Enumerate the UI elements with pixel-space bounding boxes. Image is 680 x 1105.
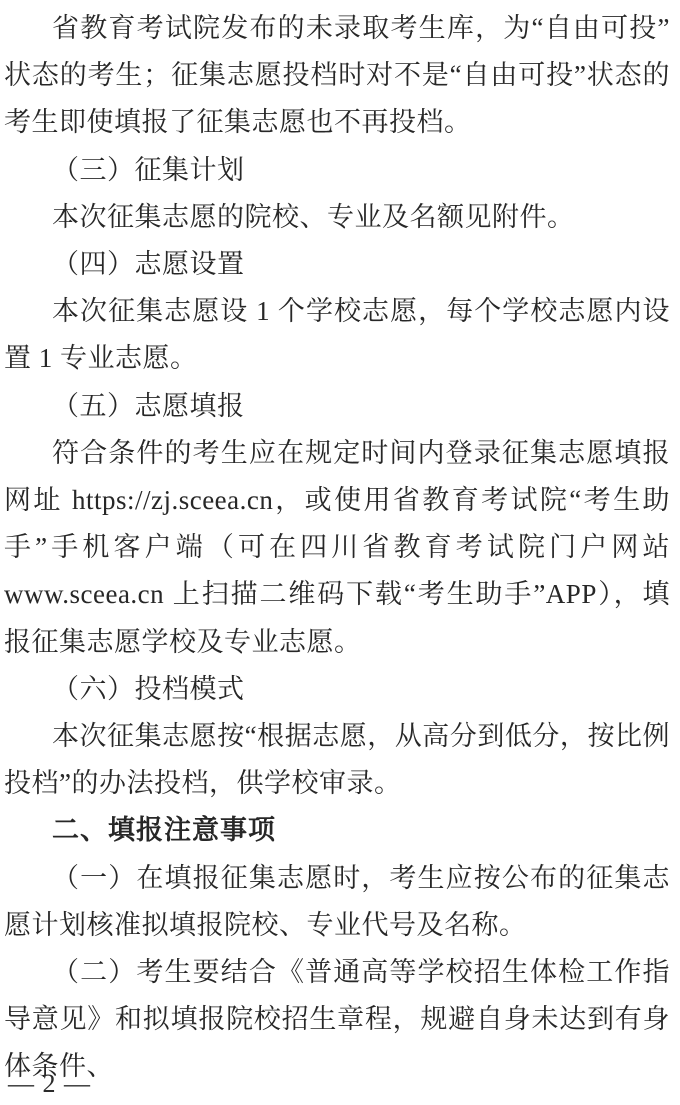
section-heading: 二、填报注意事项 — [4, 807, 670, 854]
paragraph: 本次征集志愿按“根据志愿，从高分到低分，按比例投档”的办法投档，供学校审录。 — [4, 713, 670, 807]
document-body: 省教育考试院发布的未录取考生库，为“自由可投”状态的考生；征集志愿投档时对不是“… — [4, 5, 670, 1091]
document-page: 省教育考试院发布的未录取考生库，为“自由可投”状态的考生；征集志愿投档时对不是“… — [0, 0, 680, 1105]
paragraph: 符合条件的考生应在规定时间内登录征集志愿填报网址 https://zj.scee… — [4, 430, 670, 666]
subsection-heading: （五）志愿填报 — [4, 383, 670, 430]
paragraph: （二）考生要结合《普通高等学校招生体检工作指导意见》和拟填报院校招生章程，规避自… — [4, 949, 670, 1091]
subsection-heading: （六）投档模式 — [4, 666, 670, 713]
page-number: — 2 — — [8, 1069, 91, 1099]
subsection-heading: （四）志愿设置 — [4, 241, 670, 288]
paragraph: 省教育考试院发布的未录取考生库，为“自由可投”状态的考生；征集志愿投档时对不是“… — [4, 5, 670, 147]
paragraph: （一）在填报征集志愿时，考生应按公布的征集志愿计划核准拟填报院校、专业代号及名称… — [4, 855, 670, 949]
paragraph: 本次征集志愿的院校、专业及名额见附件。 — [4, 194, 670, 241]
subsection-heading: （三）征集计划 — [4, 147, 670, 194]
paragraph: 本次征集志愿设 1 个学校志愿，每个学校志愿内设置 1 专业志愿。 — [4, 288, 670, 382]
